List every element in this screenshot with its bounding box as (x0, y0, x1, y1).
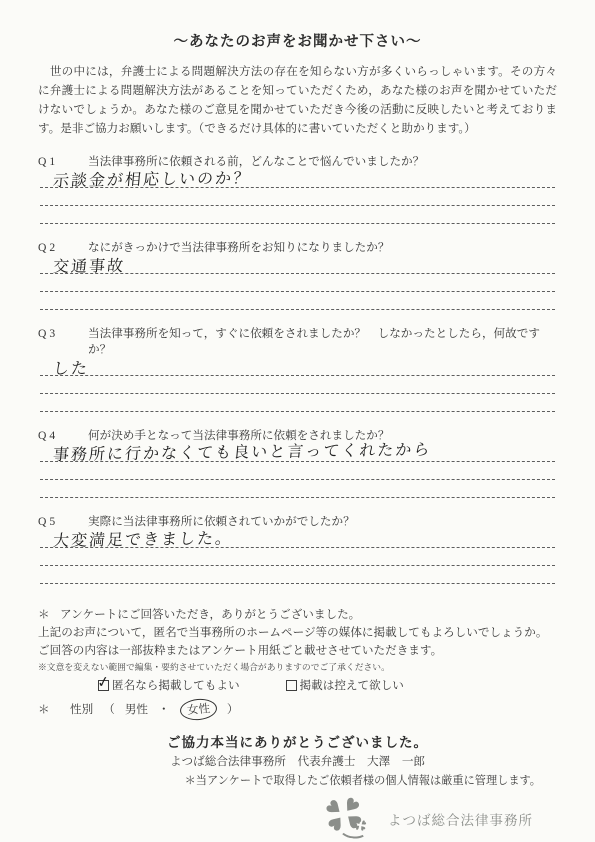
answer-line (40, 394, 555, 412)
option-decline-publication[interactable]: 掲載は控えて欲しい (286, 677, 404, 693)
gender-option-female-circled[interactable]: 女性 (179, 697, 218, 721)
question-text: なにがきっかけで当法律事務所をお知りになりましたか？ (88, 240, 557, 256)
answer-line (40, 566, 555, 584)
footer-section: ご協力本当にありがとうございました。 よつば総合法律事務所 代表弁護士 大澤 一… (38, 731, 557, 842)
publication-detail-line: ご回答の内容は一部抜粋またはアンケート用紙ごと載せさせていただきます。 (38, 642, 557, 660)
option-allow-anonymous[interactable]: ✓ 匿名なら掲載してもよい (98, 677, 240, 693)
answer-line (40, 480, 555, 498)
question-block-q3: Q3 当法律事務所を知って，すぐに依頼をされましたか？ しなかったとしたら，何故… (38, 326, 557, 412)
asterisk-bullet: ＊ (38, 606, 60, 624)
checkbox-allow-anonymous-checked[interactable]: ✓ (98, 680, 109, 691)
answer-line: 大変満足できました。 (40, 530, 555, 548)
answer-line (40, 548, 555, 566)
mini-clover-icon: ♥ ♥ ♥ ♥ (353, 819, 369, 834)
firm-logo-text: よつば総合法律事務所 (388, 809, 533, 829)
answer-line (40, 376, 555, 394)
question-text: 当法律事務所を知って，すぐに依頼をされましたか？ しなかったとしたら，何故ですか… (88, 326, 557, 358)
publication-question-line: 上記のお声について，匿名で当事務所のホームページ等の媒体に掲載してもよろしいでし… (38, 624, 557, 642)
answer-line: した (40, 358, 555, 376)
footer-firm-and-lawyer: よつば総合法律事務所 代表弁護士 大澤 一郎 (38, 753, 557, 769)
gender-option-male[interactable]: 男性 (125, 701, 148, 717)
check-mark-icon: ✓ (96, 672, 112, 692)
question-block-q5: Q5 実際に当法律事務所に依頼されていかがでしたか？ 大変満足できました。 (38, 514, 557, 584)
answer-line (40, 274, 555, 292)
answer-line (40, 188, 555, 206)
answer-line: 示談金が相応しいのか？ (40, 170, 555, 188)
firm-logo-row: ♥ ♥ ♥ ♥ ♥ ♥ ♥ ♥ よつば総合法律事務所 (38, 796, 557, 842)
handwritten-answer: 事務所に行かなくても良いと言ってくれたから (52, 437, 433, 465)
gender-label: 性別 (70, 701, 93, 717)
answer-line (40, 292, 555, 310)
question-block-q1: Q1 当法律事務所に依頼される前，どんなことで悩んでいましたか？ 示談金が相応し… (38, 154, 557, 224)
option-decline-label: 掲載は控えて欲しい (300, 677, 404, 693)
intro-paragraph: 世の中には，弁護士による問題解決方法の存在を知らない方が多くいらっしゃいます。そ… (38, 62, 557, 138)
footer-privacy-note: ＊当アンケートで取得したご依頼者様の個人情報は厳重に管理します。 (38, 772, 557, 788)
answer-line: 交通事故 (40, 256, 555, 274)
asterisk-bullet: ＊ (38, 701, 60, 717)
page-title: ～あなたのお声をお聞かせ下さい～ (38, 30, 557, 50)
gender-separator-dot: ・ (158, 701, 170, 717)
footer-thanks: ご協力本当にありがとうございました。 (38, 731, 557, 749)
question-block-q4: Q4 何が決め手となって当法律事務所に依頼をされましたか？ 事務所に行かなくても… (38, 428, 557, 498)
publication-consent-section: ＊アンケートにご回答いただき，ありがとうございました。 上記のお声について，匿名… (38, 606, 557, 694)
checkbox-decline-unchecked[interactable] (286, 680, 297, 691)
answer-line: 事務所に行かなくても良いと言ってくれたから (40, 444, 555, 462)
survey-thanks-line: ＊アンケートにご回答いただき，ありがとうございました。 (38, 606, 557, 624)
questionnaire-page: ～あなたのお声をお聞かせ下さい～ 世の中には，弁護士による問題解決方法の存在を知… (0, 0, 595, 842)
edit-notice-fine-print: ※文意を変えない範囲で編集・要約させていただく場合がありますのでご了承ください。 (38, 661, 557, 673)
answer-line (40, 206, 555, 224)
option-allow-label: 匿名なら掲載してもよい (112, 677, 240, 693)
publication-options: ✓ 匿名なら掲載してもよい 掲載は控えて欲しい (38, 676, 557, 694)
open-paren: （ (103, 701, 115, 717)
four-leaf-clover-icon: ♥ ♥ ♥ ♥ ♥ ♥ ♥ ♥ (323, 794, 375, 842)
answer-line (40, 462, 555, 480)
gender-row: ＊ 性別 （ 男性 ・ 女性 ） (38, 699, 557, 719)
close-paren: ） (227, 701, 239, 717)
question-number: Q3 (38, 326, 88, 358)
question-block-q2: Q2 なにがきっかけで当法律事務所をお知りになりましたか？ 交通事故 (38, 240, 557, 310)
